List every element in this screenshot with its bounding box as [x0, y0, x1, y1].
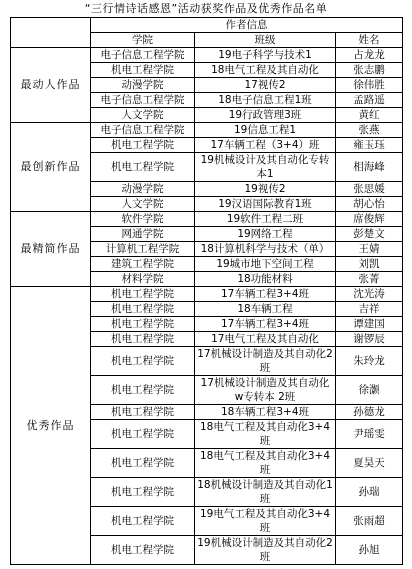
- cell-school: 材料学院: [91, 272, 195, 287]
- cell-class: 17车辆工程（3+4）班: [195, 138, 336, 153]
- cell-class: 18功能材料: [195, 272, 336, 287]
- cell-school: 机电工程学院: [91, 63, 195, 78]
- cell-school: 机电工程学院: [91, 376, 195, 405]
- header-row-group: 作者信息: [11, 18, 403, 33]
- cell-class: 18电子信息工程1班: [195, 93, 336, 108]
- cell-class: 19信息工程1: [195, 123, 336, 138]
- cell-school: 机电工程学院: [91, 405, 195, 420]
- table-row: 优秀作品 机电工程学院 17车辆工程3+4班 沈光涛: [11, 287, 403, 302]
- category-most-touching: 最动人作品: [11, 48, 91, 123]
- cell-class: 18机械设计制造及其自动化1班: [195, 478, 336, 507]
- header-school: 学院: [91, 33, 195, 48]
- cell-school: 电子信息工程学院: [91, 48, 195, 63]
- cell-class: 19城市地下空间工程: [195, 257, 336, 272]
- cell-class: 17机械设计制造及其自动化w专转本 2班: [195, 376, 336, 405]
- cell-class: 19电气工程及其自动化3+4班: [195, 507, 336, 536]
- cell-name: 占龙龙: [336, 48, 403, 63]
- cell-school: 人文学院: [91, 197, 195, 212]
- cell-class: 19电子科学与技术1: [195, 48, 336, 63]
- cell-class: 19汉语国际教育1班: [195, 197, 336, 212]
- cell-class: 18车辆工程: [195, 302, 336, 317]
- cell-name: 尹瑶雯: [336, 420, 403, 449]
- cell-class: 19行政管理3班: [195, 108, 336, 123]
- cell-name: 谢锣辰: [336, 332, 403, 347]
- cell-school: 机电工程学院: [91, 138, 195, 153]
- cell-school: 建筑工程学院: [91, 257, 195, 272]
- table-row: 最动人作品 电子信息工程学院 19电子科学与技术1 占龙龙: [11, 48, 403, 63]
- cell-school: 电子信息工程学院: [91, 123, 195, 138]
- category-excellent: 优秀作品: [11, 287, 91, 565]
- cell-class: 19视传2: [195, 182, 336, 197]
- cell-name: 孙德龙: [336, 405, 403, 420]
- cell-class: 18车辆工程3+4班: [195, 405, 336, 420]
- table-row: 最创新作品 电子信息工程学院 19信息工程1 张燕: [11, 123, 403, 138]
- header-blank-cell: [11, 18, 91, 48]
- cell-name: 胡心怡: [336, 197, 403, 212]
- cell-name: 王婧: [336, 242, 403, 257]
- cell-class: 18电气工程及其自动化3+4班: [195, 420, 336, 449]
- cell-school: 动漫学院: [91, 78, 195, 93]
- cell-school: 网通学院: [91, 227, 195, 242]
- document-title: “三行情诗话感恩”活动获奖作品及优秀作品名单: [0, 1, 412, 16]
- cell-school: 机电工程学院: [91, 449, 195, 478]
- cell-school: 机电工程学院: [91, 332, 195, 347]
- cell-class: 18计算机科学与技术（单）: [195, 242, 336, 257]
- cell-name: 雍玉珏: [336, 138, 403, 153]
- cell-school: 机电工程学院: [91, 153, 195, 182]
- cell-class: 19网络工程: [195, 227, 336, 242]
- cell-class: 17视传2: [195, 78, 336, 93]
- cell-name: 沈光涛: [336, 287, 403, 302]
- cell-name: 孙旭: [336, 536, 403, 565]
- cell-class: 17车辆工程3+4班: [195, 287, 336, 302]
- cell-school: 人文学院: [91, 108, 195, 123]
- cell-name: 张思媛: [336, 182, 403, 197]
- cell-name: 吉祥: [336, 302, 403, 317]
- cell-class: 17车辆工程3+4班: [195, 317, 336, 332]
- cell-school: 电子信息工程学院: [91, 93, 195, 108]
- cell-school: 机电工程学院: [91, 536, 195, 565]
- cell-name: 孟路遥: [336, 93, 403, 108]
- cell-name: 相海峰: [336, 153, 403, 182]
- cell-name: 刘凯: [336, 257, 403, 272]
- cell-class: 19软件工程二班: [195, 212, 336, 227]
- cell-school: 软件学院: [91, 212, 195, 227]
- cell-school: 机电工程学院: [91, 507, 195, 536]
- header-author-info: 作者信息: [91, 18, 403, 33]
- cell-school: 机电工程学院: [91, 478, 195, 507]
- cell-school: 计算机工程学院: [91, 242, 195, 257]
- cell-school: 动漫学院: [91, 182, 195, 197]
- cell-class: 19机械设计制造及其自动化2班: [195, 536, 336, 565]
- cell-school: 机电工程学院: [91, 420, 195, 449]
- cell-name: 张雨超: [336, 507, 403, 536]
- awards-table: 作者信息 学院 班级 姓名 最动人作品 电子信息工程学院 19电子科学与技术1 …: [10, 17, 403, 565]
- cell-school: 机电工程学院: [91, 302, 195, 317]
- cell-name: 席俊辉: [336, 212, 403, 227]
- header-name: 姓名: [336, 33, 403, 48]
- cell-school: 机电工程学院: [91, 287, 195, 302]
- cell-name: 张志鹏: [336, 63, 403, 78]
- category-most-innovative: 最创新作品: [11, 123, 91, 212]
- cell-name: 张菁: [336, 272, 403, 287]
- table-row: 最精简作品 软件学院 19软件工程二班 席俊辉: [11, 212, 403, 227]
- cell-name: 谭建国: [336, 317, 403, 332]
- cell-name: 夏昊天: [336, 449, 403, 478]
- cell-name: 徐灏: [336, 376, 403, 405]
- cell-class: 18电气工程及其自动化: [195, 63, 336, 78]
- cell-class: 17机械设计制造及其自动化2班: [195, 347, 336, 376]
- cell-name: 朱玲龙: [336, 347, 403, 376]
- header-class: 班级: [195, 33, 336, 48]
- category-most-concise: 最精简作品: [11, 212, 91, 287]
- cell-school: 机电工程学院: [91, 347, 195, 376]
- cell-name: 孙瑞: [336, 478, 403, 507]
- cell-school: 机电工程学院: [91, 317, 195, 332]
- cell-name: 张燕: [336, 123, 403, 138]
- cell-name: 徐伟胜: [336, 78, 403, 93]
- cell-name: 黄红: [336, 108, 403, 123]
- cell-name: 彭楚文: [336, 227, 403, 242]
- cell-class: 19机械设计及其自动化专转本1: [195, 153, 336, 182]
- cell-class: 17电气工程及其自动化: [195, 332, 336, 347]
- cell-class: 18电气工程及其自动化3+4班: [195, 449, 336, 478]
